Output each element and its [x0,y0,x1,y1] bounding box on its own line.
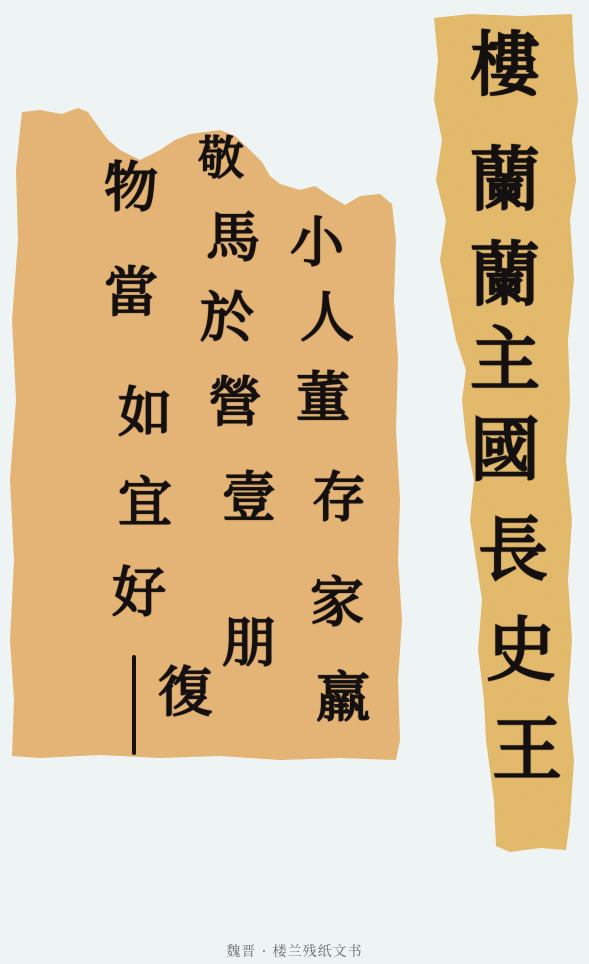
calligraphy-char: 營 [208,375,262,429]
calligraphy-char: 朋 [222,615,276,669]
calligraphy-char: 如 [118,385,172,439]
calligraphy-char: 壹 [222,470,276,524]
calligraphy-char: 蘭 [462,240,548,310]
calligraphy-char: 董 [296,370,350,424]
calligraphy-char: 長 [470,515,556,585]
calligraphy-char: 於 [200,290,254,344]
calligraphy-char: 復 [158,665,212,719]
calligraphy-char: 家 [310,575,364,629]
calligraphy-char: 國 [462,415,548,485]
calligraphy-char: 蘭 [462,145,548,215]
calligraphy-char: 樓 [462,30,548,100]
page-caption: 魏晋 · 楼兰残纸文书 [0,941,589,961]
ink-stroke [132,655,136,755]
calligraphy-char: 當 [104,265,158,319]
calligraphy-char: 人 [300,290,354,344]
calligraphy-char: 物 [104,160,158,214]
calligraphy-char: 馬 [206,210,260,264]
calligraphy-char: 宜 [118,475,172,529]
calligraphy-char: 史 [478,615,564,685]
calligraphy-char: 主 [462,325,548,395]
calligraphy-char: 好 [112,565,166,619]
calligraphy-char: 存 [312,470,366,524]
calligraphy-char: 王 [484,715,570,785]
calligraphy-char: 羸 [316,670,370,724]
book-page: 樓 蘭 蘭 主 國 長 史 王 小 人 董 存 家 羸 敬 馬 於 營 壹 朋 … [0,0,589,964]
calligraphy-char: 小 [290,215,344,269]
calligraphy-char: 敬 [198,135,244,181]
